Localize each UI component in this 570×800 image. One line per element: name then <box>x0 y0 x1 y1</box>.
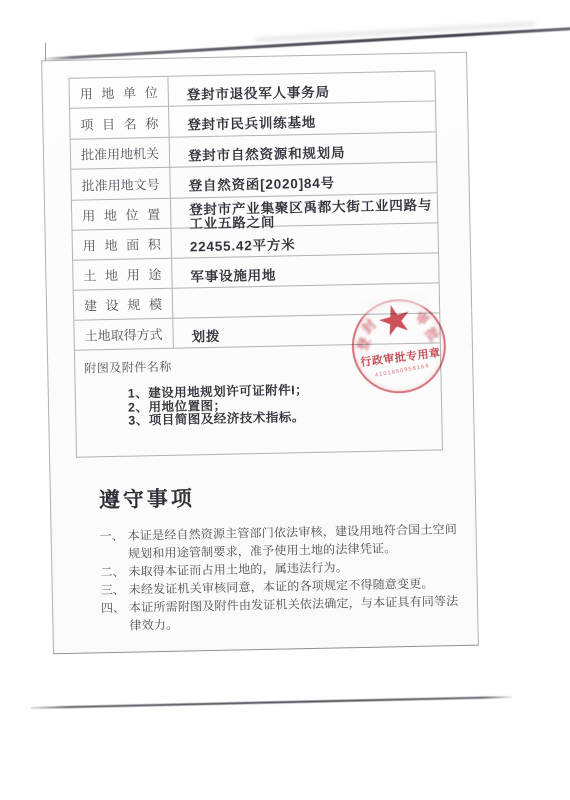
compliance-title: 遵守事项 <box>99 477 462 514</box>
field-label: 用地面积 <box>73 229 173 260</box>
table-row: 土地用途 军事设施用地 <box>73 253 439 290</box>
field-value: 登封市退役军人事务局 <box>168 73 435 107</box>
table-row: 项目名称 登封市民兵训练基地 <box>70 101 436 139</box>
item-number: 四、 <box>101 599 130 636</box>
item-number: 三、 <box>101 581 129 600</box>
field-value: 军事设施用地 <box>172 255 439 289</box>
field-value: 登封市民兵训练基地 <box>169 103 436 138</box>
compliance-item: 四、 本证所需附图及附件由发证机关依法确定，与本证具有同等法律效力。 <box>101 592 464 635</box>
red-approval-seal: ★ 登 封 审 批 行政审批专用章 4101850956166 <box>346 293 452 399</box>
table-row: 用地面积 22455.42平方米 <box>73 223 439 260</box>
field-value: 登封市产业集聚区禹都大街工业四路与工业五路之间 <box>171 193 438 227</box>
page-corner-tick <box>45 43 46 62</box>
land-use-form-table: 用地单位 登封市退役军人事务局 项目名称 登封市民兵训练基地 批准用地机关 登封… <box>68 70 443 457</box>
field-label: 批准用地文号 <box>71 168 171 200</box>
item-number: 一、 <box>99 527 128 564</box>
page-bottom-edge-line <box>30 696 512 709</box>
field-label: 批准用地机关 <box>71 138 171 169</box>
table-row: 用地位置 登封市产业集聚区禹都大街工业四路与工业五路之间 <box>72 193 438 230</box>
field-label: 土地取得方式 <box>74 319 174 350</box>
compliance-section: 遵守事项 一、 本证是经自然资源主管部门依法审核，建设用地符合国土空间规划和用途… <box>99 477 464 635</box>
item-text: 本证所需附图及附件由发证机关依法确定，与本证具有同等法律效力。 <box>129 592 464 635</box>
field-label: 建设规模 <box>74 289 174 320</box>
item-number: 二、 <box>100 563 128 582</box>
field-label: 用地单位 <box>69 77 169 108</box>
table-row: 用地单位 登封市退役军人事务局 <box>69 71 435 108</box>
certificate-page: 用地单位 登封市退役军人事务局 项目名称 登封市民兵训练基地 批准用地机关 登封… <box>41 52 479 654</box>
field-label: 土地用途 <box>73 259 173 290</box>
table-row: 批准用地机关 登封市自然资源和规划局 <box>71 132 437 169</box>
field-label: 项目名称 <box>70 107 170 139</box>
field-value: 登封市自然资源和规划局 <box>170 134 437 168</box>
field-value: 22455.42平方米 <box>172 225 439 259</box>
document-photo: 用地单位 登封市退役军人事务局 项目名称 登封市民兵训练基地 批准用地机关 登封… <box>0 0 570 800</box>
field-label: 用地位置 <box>72 199 172 230</box>
compliance-items: 一、 本证是经自然资源主管部门依法审核，建设用地符合国土空间规划和用途管制要求，… <box>99 520 463 635</box>
